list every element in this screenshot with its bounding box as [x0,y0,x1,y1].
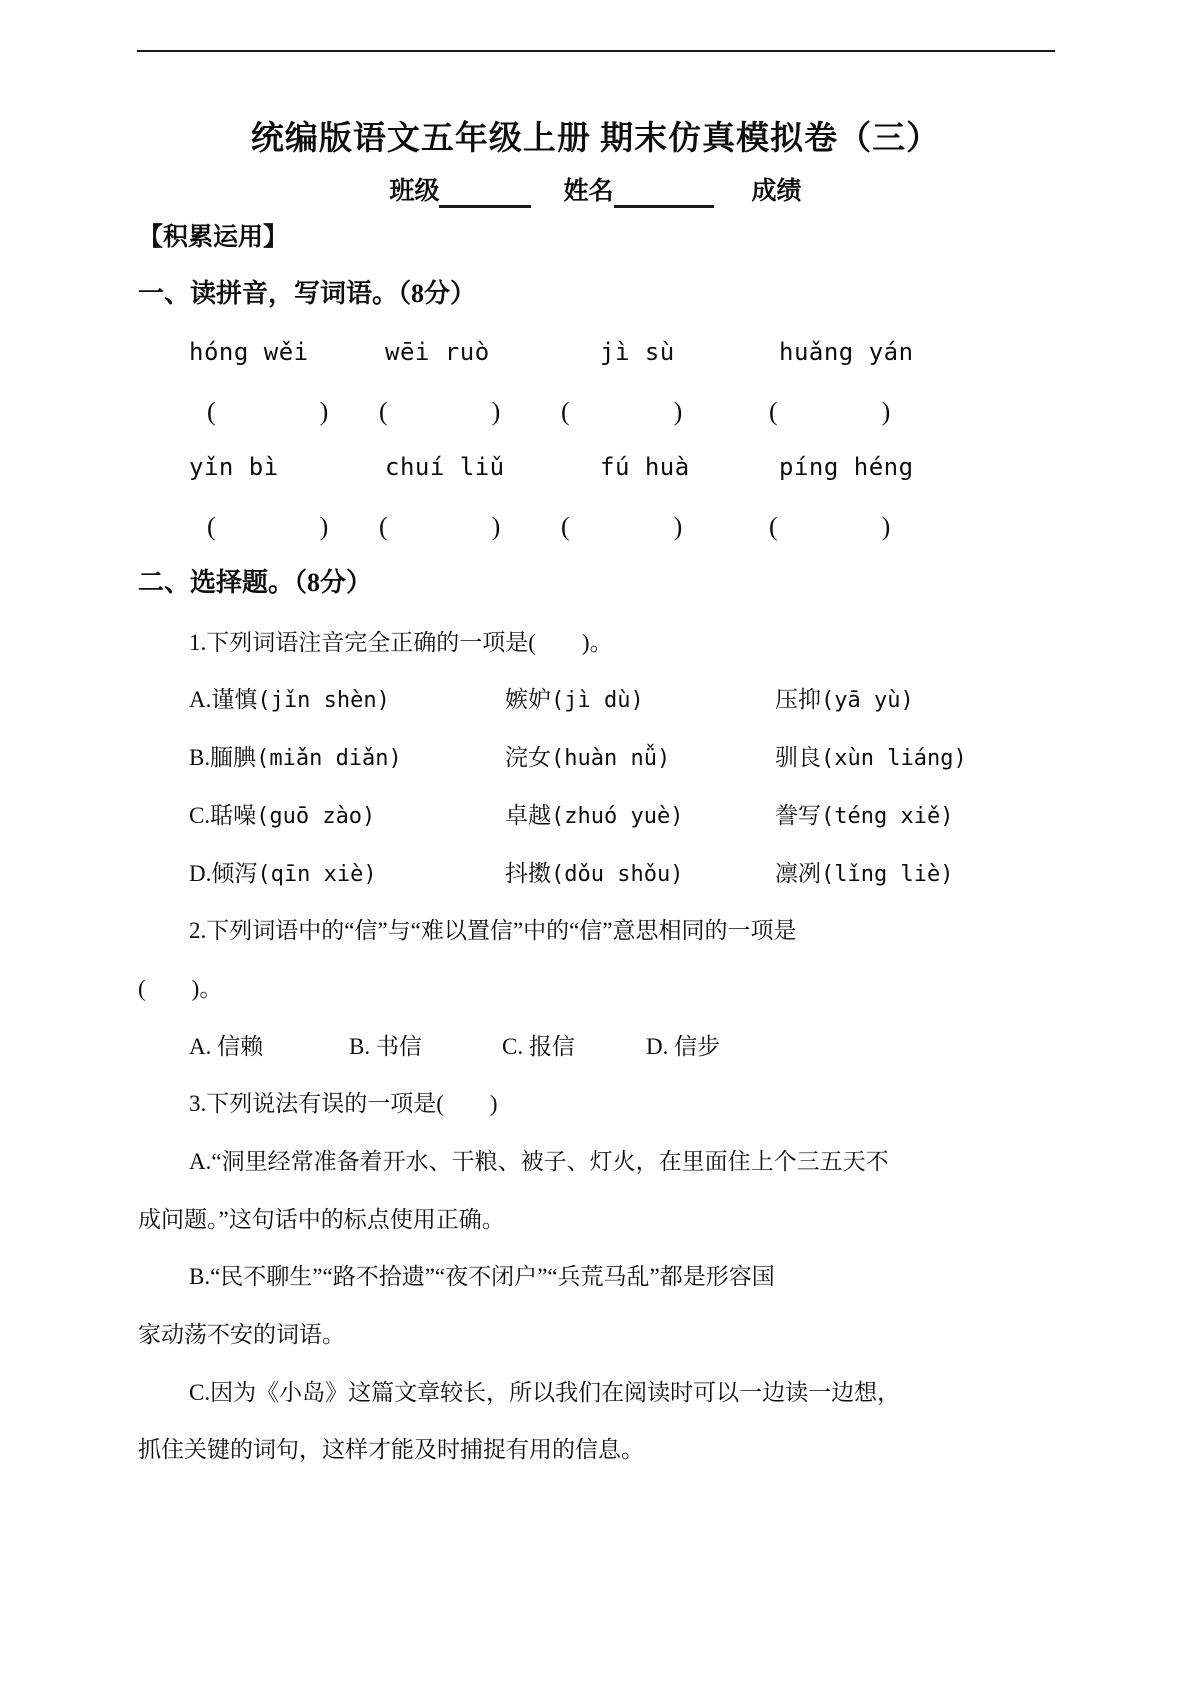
question-1-stem: 1.下列词语注音完全正确的一项是( )。 [138,611,1053,669]
name-field: 姓名 [563,176,737,208]
option-item: A. 信赖 [189,1028,349,1061]
answer-blank: ( ) [561,391,769,428]
section-header-accumulation: 【积累运用】 [138,222,1053,254]
pinyin-row-2: yǐn bì chuí liǔ fú huà píng héng [138,438,1053,496]
class-label: 班级 [389,176,439,208]
answer-blank: ( ) [561,506,769,543]
student-info-line: 班级 姓名 成绩 [138,176,1053,208]
question-3-option-c-line-2: 抓住关键的词句，这样才能及时捕捉有用的信息。 [138,1419,1053,1477]
option-reading: (yā yù) [821,688,914,713]
score-label: 成绩 [752,176,802,208]
option-word: A.谨慎 [189,687,257,712]
pinyin-word: fú huà [600,453,779,481]
option-item: C. 报信 [502,1028,646,1061]
option-item: 嫉妒(jì dù) [505,681,775,714]
option-reading: (zhuó yuè) [551,804,683,829]
answer-blank: ( ) [207,506,379,543]
option-word: 压抑 [775,687,821,712]
option-word: D.倾泻 [189,861,257,886]
option-text: B.“民不聊生”“路不拾遗”“夜不闭户”“兵荒马乱”都是形容国 [189,1258,775,1291]
question-3-option-c-line-1: C.因为《小岛》这篇文章较长，所以我们在阅读时可以一边读一边想， [138,1361,1053,1419]
option-reading: (guō zào) [256,804,375,829]
question-3-stem: 3.下列说法有误的一项是( ) [138,1073,1053,1131]
option-reading: (jǐn shèn) [257,688,389,713]
option-item: D. 信步 [646,1028,720,1061]
answer-blank: ( ) [379,506,561,543]
answer-blank: ( ) [207,391,379,428]
option-text: 抓住关键的词句，这样才能及时捕捉有用的信息。 [138,1431,644,1464]
option-reading: (qīn xiè) [257,862,376,887]
option-text: C.因为《小岛》这篇文章较长，所以我们在阅读时可以一边读一边想， [189,1374,900,1407]
option-item: C.聒噪(guō zào) [189,797,505,830]
question-2-stem-line-1: 2.下列词语中的“信”与“难以置信”中的“信”意思相同的一项是 [138,900,1053,958]
exam-paper-page: 统编版语文五年级上册 期末仿真模拟卷（三） 班级 姓名 成绩 【积累运用】 一、… [0,0,1191,1684]
question-3-stem-text: 3.下列说法有误的一项是( ) [189,1085,498,1118]
question-3-option-b-line-1: B.“民不聊生”“路不拾遗”“夜不闭户”“兵荒马乱”都是形容国 [138,1246,1053,1304]
part-one-heading: 一、读拼音，写词语。（8分） [138,276,1053,312]
option-item: 浣女(huàn nǚ) [505,739,775,772]
question-3-option-a-line-2: 成问题。”这句话中的标点使用正确。 [138,1188,1053,1246]
option-item: B. 书信 [349,1028,502,1061]
option-item: 誊写(téng xiě) [775,797,953,830]
answer-blank: ( ) [769,506,890,543]
question-3-option-b-line-2: 家动荡不安的词语。 [138,1304,1053,1362]
answer-blank: ( ) [379,391,561,428]
class-blank [439,179,531,208]
option-word: 抖擞 [505,861,551,886]
option-reading: (jì dù) [551,688,644,713]
answer-blank-row-2: ( ) ( ) ( ) ( ) [138,496,1053,554]
option-item: 压抑(yā yù) [775,681,914,714]
option-reading: (xùn liáng) [821,746,967,771]
class-field: 班级 [389,176,549,208]
option-reading: (lǐng liè) [821,862,953,887]
question-1-option-row-b: B.腼腆(miǎn diǎn) 浣女(huàn nǚ) 驯良(xùn liáng… [138,727,1053,785]
pinyin-word: huǎng yán [779,338,914,366]
option-item: 凛冽(lǐng liè) [775,855,953,888]
option-text: 家动荡不安的词语。 [138,1316,345,1349]
option-word: B.腼腆 [189,745,256,770]
option-item: 驯良(xùn liáng) [775,739,967,772]
score-field: 成绩 [752,176,802,208]
pinyin-word: chuí liǔ [385,453,600,481]
name-label: 姓名 [563,176,613,208]
option-reading: (huàn nǚ) [551,746,670,771]
body-lines: hóng wěi wēi ruò jì sù huǎng yán ( ) ( )… [138,323,1053,1477]
answer-blank: ( ) [769,391,890,428]
pinyin-word: wēi ruò [385,338,600,366]
option-word: C.聒噪 [189,803,256,828]
option-word: 誊写 [775,803,821,828]
option-reading: (miǎn diǎn) [256,746,402,771]
option-text: 成问题。”这句话中的标点使用正确。 [138,1201,505,1234]
pinyin-word: hóng wěi [189,338,385,366]
part-two-heading: 二、选择题。（8分） [138,565,372,601]
exam-content: 统编版语文五年级上册 期末仿真模拟卷（三） 班级 姓名 成绩 【积累运用】 一、… [138,0,1053,1477]
option-word: 凛冽 [775,861,821,886]
answer-blank-row-1: ( ) ( ) ( ) ( ) [138,381,1053,439]
exam-title: 统编版语文五年级上册 期末仿真模拟卷（三） [138,121,1053,157]
option-item: 卓越(zhuó yuè) [505,797,775,830]
option-word: 驯良 [775,745,821,770]
question-2-stem-text: 2.下列词语中的“信”与“难以置信”中的“信”意思相同的一项是 [189,912,797,945]
question-3-option-a-line-1: A.“洞里经常准备着开水、干粮、被子、灯火，在里面住上个三五天不 [138,1131,1053,1189]
option-item: B.腼腆(miǎn diǎn) [189,739,505,772]
question-1-option-row-c: C.聒噪(guō zào) 卓越(zhuó yuè) 誊写(téng xiě) [138,785,1053,843]
question-1-option-row-a: A.谨慎(jǐn shèn) 嫉妒(jì dù) 压抑(yā yù) [138,669,1053,727]
option-reading: (dǒu shǒu) [551,862,683,887]
pinyin-word: píng héng [779,453,914,481]
option-item: A.谨慎(jǐn shèn) [189,681,505,714]
option-item: 抖擞(dǒu shǒu) [505,855,775,888]
option-reading: (téng xiě) [821,804,953,829]
option-word: 浣女 [505,745,551,770]
name-blank [614,179,714,208]
question-2-answer-blank: ( )。 [138,970,222,1003]
option-item: D.倾泻(qīn xiè) [189,855,505,888]
option-text: A.“洞里经常准备着开水、干粮、被子、灯火，在里面住上个三五天不 [189,1143,889,1176]
question-1-stem-text: 1.下列词语注音完全正确的一项是( )。 [189,624,613,657]
question-2-stem-line-2: ( )。 [138,958,1053,1016]
pinyin-word: jì sù [600,338,779,366]
question-1-option-row-d: D.倾泻(qīn xiè) 抖擞(dǒu shǒu) 凛冽(lǐng liè) [138,842,1053,900]
option-word: 嫉妒 [505,687,551,712]
option-word: 卓越 [505,803,551,828]
part-two-heading-line: 二、选择题。（8分） [138,554,1053,612]
question-2-options: A. 信赖 B. 书信 C. 报信 D. 信步 [138,1015,1053,1073]
pinyin-row-1: hóng wěi wēi ruò jì sù huǎng yán [138,323,1053,381]
pinyin-word: yǐn bì [189,453,385,481]
